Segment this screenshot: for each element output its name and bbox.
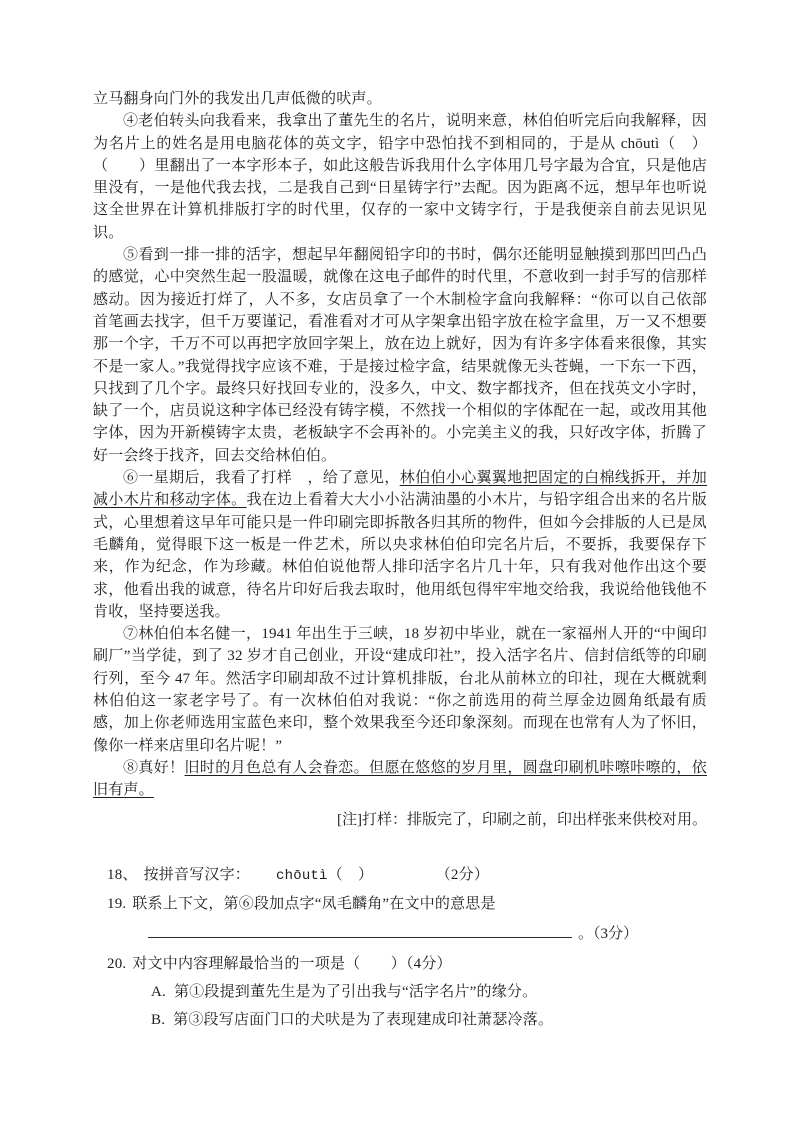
text-segment: ⑥一星期后，我看了打样 ，给了意见， (123, 470, 400, 486)
question-18-number: 18、 (107, 867, 138, 883)
document-page: 立马翻身向门外的我发出几声低微的吠声。 ④老伯转头向我看来，我拿出了董先生的名片… (0, 0, 794, 1123)
paragraph-8: ⑧真好！旧时的月色总有人会眷恋。但愿在悠悠的岁月里，圆盘印刷机咔嚓咔嚓的，依旧有… (93, 757, 707, 802)
question-19-number: 19. (107, 896, 126, 912)
option-b-label: B. (151, 1012, 165, 1028)
question-19: 19.联系上下文，第⑥段加点字“凤毛麟角”在文中的意思是 (93, 890, 707, 918)
paragraph-continuation: 立马翻身向门外的我发出几声低微的吠声。 (93, 88, 707, 110)
question-20-option-a: A.第①段提到董先生是为了引出我与“活字名片”的缘分。 (93, 978, 707, 1006)
question-18-pinyin: chōutì (276, 868, 328, 884)
question-18: 18、按拼音写汉字：chōutì（ ）（2分） (93, 861, 707, 890)
article-body: 立马翻身向门外的我发出几声低微的吠声。 ④老伯转头向我看来，我拿出了董先生的名片… (93, 88, 707, 802)
text-segment: ④老伯转头向我看来，我拿出了董先生的名片，说明来意，林伯伯听完后向我解释，因为名… (93, 113, 707, 240)
text-segment: ⑦林伯伯本名健一，1941 年出生于三峡，18 岁初中毕业，就在一家福州人开的“… (93, 626, 707, 753)
questions-section: 18、按拼音写汉字：chōutì（ ）（2分） 19.联系上下文，第⑥段加点字“… (93, 861, 707, 1034)
question-20-option-b: B.第③段写店面门口的犬吠是为了表现建成印社萧瑟冷落。 (93, 1006, 707, 1034)
question-20-prompt: 对文中内容理解最恰当的一项是（ ）（4分） (132, 956, 451, 972)
option-a-text: 第①段提到董先生是为了引出我与“活字名片”的缘分。 (174, 984, 537, 1000)
question-20-number: 20. (107, 956, 126, 972)
paragraph-7: ⑦林伯伯本名健一，1941 年出生于三峡，18 岁初中毕业，就在一家福州人开的“… (93, 623, 707, 757)
footnote: [注]打样：排版完了，印刷之前，印出样张来供校对用。 (93, 809, 707, 831)
question-19-score: 。（3分） (578, 926, 638, 942)
paragraph-4: ④老伯转头向我看来，我拿出了董先生的名片，说明来意，林伯伯听完后向我解释，因为名… (93, 110, 707, 244)
question-19-prompt: 联系上下文，第⑥段加点字“凤毛麟角”在文中的意思是 (132, 896, 495, 912)
question-18-score: （2分） (443, 867, 489, 883)
underlined-text: 旧时的月色总有人会眷恋。但愿在悠悠的岁月里，圆盘印刷机咔嚓咔嚓的，依旧有声。 (93, 760, 707, 798)
option-a-label: A. (151, 984, 166, 1000)
text-segment: 立马翻身向门外的我发出几声低微的吠声。 (93, 91, 382, 107)
question-18-prompt: 按拼音写汉字： (144, 867, 250, 883)
question-20: 20.对文中内容理解最恰当的一项是（ ）（4分） (93, 950, 707, 978)
text-segment: ⑤看到一排一排的活字，想起早年翻阅铅字印的书时，偶尔还能明显触摸到那凹凹凸凸的感… (93, 247, 707, 464)
option-b-text: 第③段写店面门口的犬吠是为了表现建成印社萧瑟冷落。 (173, 1012, 553, 1028)
question-18-answer-blank: （ ） (328, 867, 374, 883)
paragraph-6: ⑥一星期后，我看了打样 ，给了意见，林伯伯小心翼翼地把固定的白棉线拆开，并加减小… (93, 467, 707, 623)
paragraph-5: ⑤看到一排一排的活字，想起早年翻阅铅字印的书时，偶尔还能明显触摸到那凹凹凸凸的感… (93, 244, 707, 467)
text-segment: 我在边上看着大大小小沾满油墨的小木片，与铅字组合出来的名片版式，心里想着这早年可… (93, 492, 707, 619)
question-19-answer-row: 。（3分） (93, 918, 707, 950)
text-segment: ⑧真好！ (123, 760, 185, 776)
answer-blank-line (148, 923, 572, 938)
